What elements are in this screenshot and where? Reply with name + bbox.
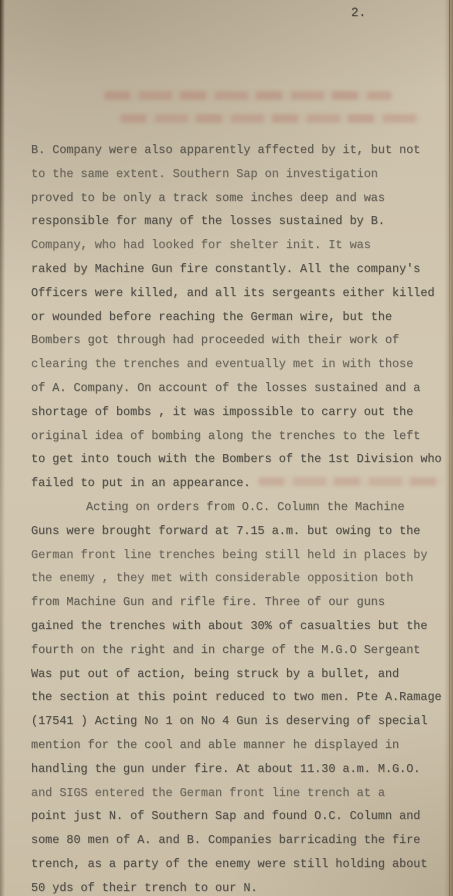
bleed-through-text-line (104, 91, 392, 100)
bleed-through-text-line (120, 114, 422, 123)
typed-line: to the same extent. Southern Sap on inve… (31, 163, 451, 187)
typed-line: handling the gun under fire. At about 11… (31, 758, 451, 782)
typed-line: of A. Company. On account of the losses … (31, 377, 451, 401)
typed-line: mention for the cool and able manner he … (31, 734, 451, 758)
typed-line: the enemy , they met with considerable o… (31, 567, 451, 591)
typed-line: the section at this point reduced to two… (31, 686, 451, 710)
typed-line: trench, as a party of the enemy were sti… (31, 853, 451, 877)
typed-line: B. Company were also apparently affected… (31, 139, 451, 163)
page-number: 2. (351, 6, 366, 20)
typed-line: some 80 men of A. and B. Companies barri… (31, 829, 451, 853)
typed-line: failed to put in an appearance. (31, 472, 451, 496)
typed-line: from Machine Gun and rifle fire. Three o… (31, 591, 451, 615)
typed-line: Officers were killed, and all its sergea… (31, 282, 451, 306)
typed-line: (17541 ) Acting No 1 on No 4 Gun is dese… (31, 710, 451, 734)
scanned-document-page: 2. B. Company were also apparently affec… (0, 0, 453, 896)
typed-line: original idea of bombing along the trenc… (31, 425, 451, 449)
typed-line: or wounded before reaching the German wi… (31, 306, 451, 330)
typed-line: and SIGS entered the German front line t… (31, 782, 451, 806)
typed-line: clearing the trenches and eventually met… (31, 353, 451, 377)
typed-line: Bombers got through had proceeded with t… (31, 329, 451, 353)
typed-line: to get into touch with the Bombers of th… (31, 448, 451, 472)
typed-line: point just N. of Southern Sap and found … (31, 805, 451, 829)
typed-line: proved to be only a track some inches de… (31, 187, 451, 211)
typed-line: fourth on the right and in charge of the… (31, 639, 451, 663)
typed-line: gained the trenches with about 30% of ca… (31, 615, 451, 639)
typed-line: Acting on orders from O.C. Column the Ma… (31, 496, 451, 520)
typed-line: German front line trenches being still h… (31, 544, 451, 568)
typed-line: Guns were brought forward at 7.15 a.m. b… (31, 520, 451, 544)
typed-line: 50 yds of their trench to our N. (31, 877, 451, 896)
typed-line: shortage of bombs , it was impossible to… (31, 401, 451, 425)
typewritten-text-block: B. Company were also apparently affected… (31, 139, 451, 896)
typed-line: responsible for many of the losses susta… (31, 210, 451, 234)
typed-line: raked by Machine Gun fire constantly. Al… (31, 258, 451, 282)
typed-line: Was put out of action, being struck by a… (31, 663, 451, 687)
page-left-edge-shadow (0, 0, 5, 896)
typed-line: Company, who had looked for shelter init… (31, 234, 451, 258)
